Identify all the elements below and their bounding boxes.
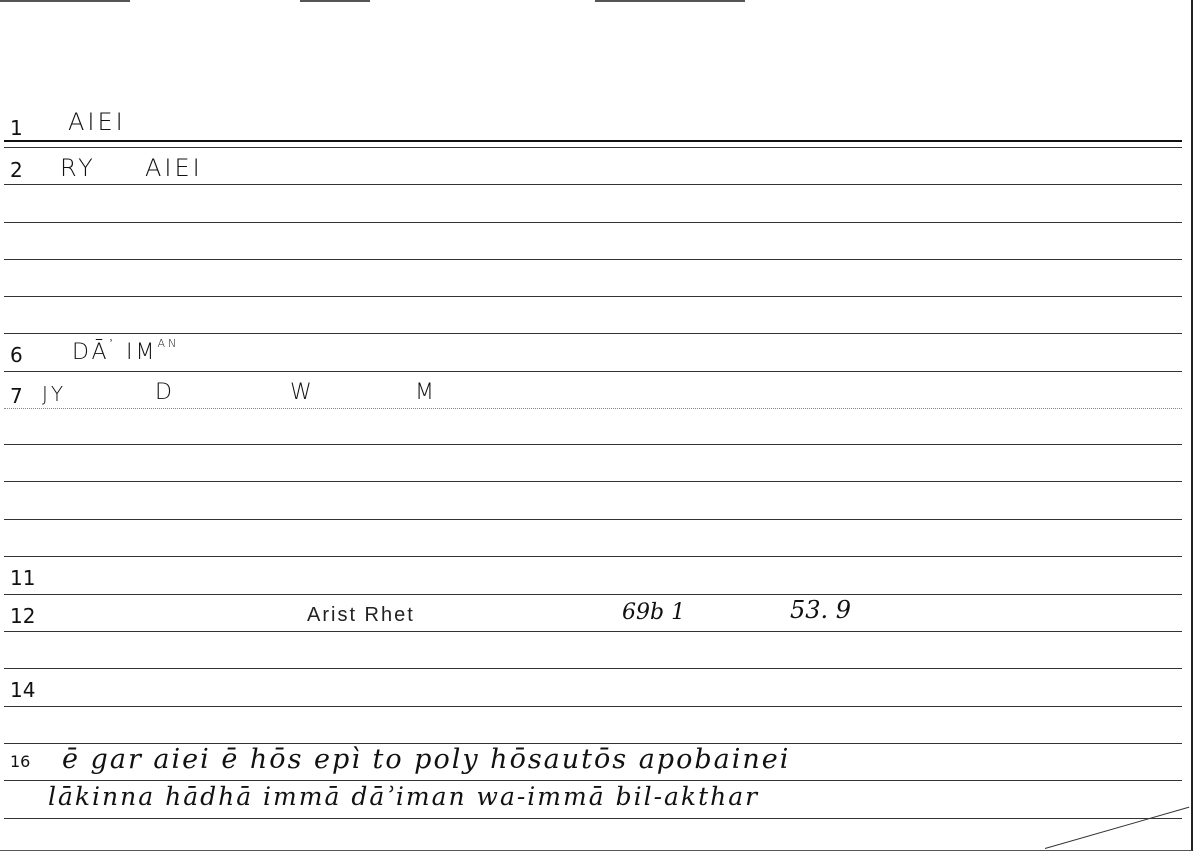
rule-line [4,594,1182,595]
rule-line [4,259,1182,260]
source-reference: Arist Rhet [307,604,415,627]
rule-line [4,140,1182,142]
rule-line [4,371,1182,372]
line-number: 6 [10,343,23,367]
line-number: 14 [10,678,35,702]
line-number: 16 [10,752,30,771]
index-card: 1 AIEI 2 RY AIEI 6 DĀʾ IMAN 7 JY D W M 1… [0,0,1193,851]
rule-line [4,706,1182,707]
line-number: 12 [10,604,35,628]
arabic-quotation: lākinna hādhā immā dāʾiman wa-immā bil-a… [48,782,759,811]
bekker-reference: 69b 1 [622,600,685,625]
rule-line [4,631,1182,632]
arabic-part: DĀ [72,340,110,365]
rule-line [4,481,1182,482]
pen-stroke [1045,807,1189,849]
line-number: 11 [10,566,35,590]
root-label: RY [60,154,96,182]
line-number: 2 [10,158,23,182]
rule-line [4,184,1182,185]
arabic-part: IM [126,340,157,365]
card-top-edge [595,0,745,2]
root-label: JY [42,382,66,406]
greek-quotation: ē gar aiei ē hōs epì to poly hōsautōs ap… [62,744,790,775]
root-letter: W [290,380,315,405]
rule-line [4,147,1182,148]
root-letter: D [155,380,175,405]
arabic-equivalent: DĀʾ IMAN [72,337,179,365]
line-number: 7 [10,384,23,408]
rule-line [4,444,1182,445]
rule-line [4,780,1182,781]
rule-line [4,222,1182,223]
card-top-edge [0,0,130,2]
rule-line [4,333,1182,334]
rule-line [4,556,1182,557]
rule-line [4,408,1182,410]
rule-line [4,668,1182,669]
arabic-page-reference: 53. 9 [790,596,851,624]
arabic-part: ʾ [110,337,116,350]
root-value: AIEI [145,154,203,182]
rule-line [4,818,1182,819]
rule-line [4,296,1182,297]
arabic-part: AN [157,337,179,350]
root-letter: M [415,380,437,405]
line-number: 1 [10,116,23,140]
card-top-edge [300,0,370,2]
rule-line [4,519,1182,520]
headword: AIEI [68,108,126,136]
